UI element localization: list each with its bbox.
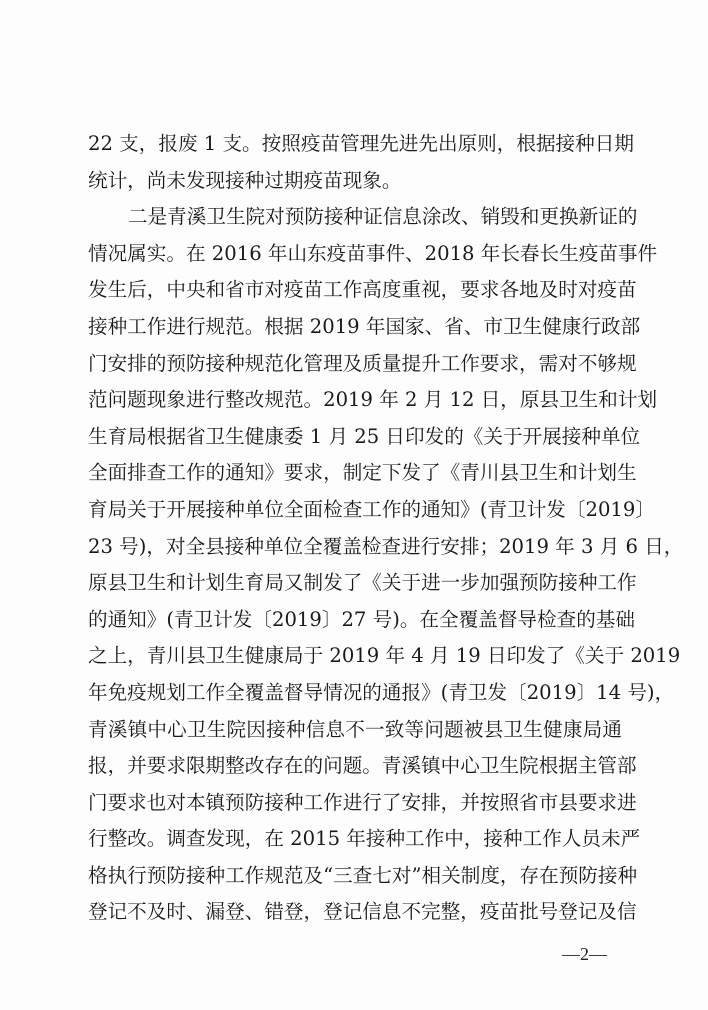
text-line: 之上，青川县卫生健康局于 2019 年 4 月 19 日印发了《关于 2019 [88,638,622,675]
text-line: 范问题现象进行整改规范。2019 年 2 月 12 日，原县卫生和计划 [88,382,622,419]
paragraph-start-line: 二是青溪卫生院对预防接种证信息涂改、销毁和更换新证的 [88,199,622,236]
text-line: 格执行预防接种工作规范及“三查七对”相关制度，存在预防接种 [88,858,622,895]
text-line: 登记不及时、漏登、错登，登记信息不完整，疫苗批号登记及信 [88,894,622,931]
document-body: 22 支，报废 1 支。按照疫苗管理先进先出原则，根据接种日期 统计，尚未发现接… [88,126,622,931]
page-number: —2— [562,944,607,965]
text-line: 育局关于开展接种单位全面检查工作的通知》(青卫计发〔2019〕 [88,492,622,529]
text-line: 情况属实。在 2016 年山东疫苗事件、2018 年长春长生疫苗事件 [88,236,622,273]
text-line: 行整改。调查发现，在 2015 年接种工作中，接种工作人员未严 [88,821,622,858]
text-line: 生育局根据省卫生健康委 1 月 25 日印发的《关于开展接种单位 [88,419,622,456]
text-line: 原县卫生和计划生育局又制发了《关于进一步加强预防接种工作 [88,565,622,602]
text-line: 年免疫规划工作全覆盖督导情况的通报》(青卫发〔2019〕14 号)， [88,675,622,712]
text-line: 报，并要求限期整改存在的问题。青溪镇中心卫生院根据主管部 [88,748,622,785]
text-line: 22 支，报废 1 支。按照疫苗管理先进先出原则，根据接种日期 [88,126,622,163]
text-line: 接种工作进行规范。根据 2019 年国家、省、市卫生健康行政部 [88,309,622,346]
text-line: 统计，尚未发现接种过期疫苗现象。 [88,163,622,200]
text-line: 青溪镇中心卫生院因接种信息不一致等问题被县卫生健康局通 [88,712,622,749]
document-page: 22 支，报废 1 支。按照疫苗管理先进先出原则，根据接种日期 统计，尚未发现接… [0,0,708,1010]
text-line: 发生后，中央和省市对疫苗工作高度重视，要求各地及时对疫苗 [88,272,622,309]
text-line: 门要求也对本镇预防接种工作进行了安排，并按照省市县要求进 [88,785,622,822]
text-line: 23 号)，对全县接种单位全覆盖检查进行安排；2019 年 3 月 6 日， [88,529,622,566]
text-line: 全面排查工作的通知》要求，制定下发了《青川县卫生和计划生 [88,455,622,492]
text-line: 门安排的预防接种规范化管理及质量提升工作要求，需对不够规 [88,346,622,383]
text-line: 的通知》(青卫计发〔2019〕27 号)。在全覆盖督导检查的基础 [88,602,622,639]
